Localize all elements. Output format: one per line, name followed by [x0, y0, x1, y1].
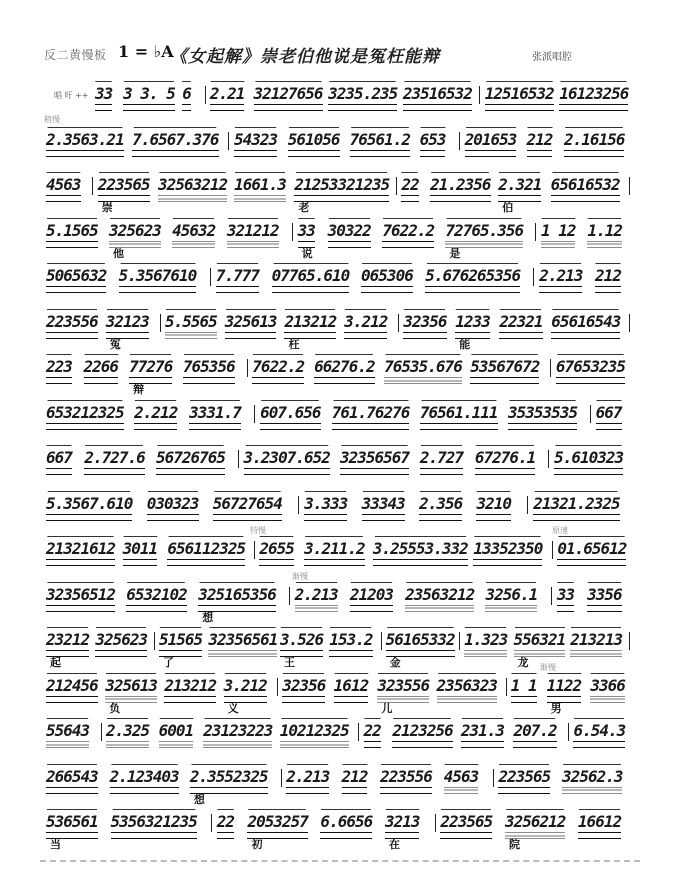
- note-group: 2.21: [210, 84, 245, 103]
- note-group: 2.727: [420, 448, 463, 467]
- score-row: 2232266772767653567622.266276.276535.676…: [0, 349, 679, 395]
- note-group: 65616532: [551, 175, 620, 194]
- beam-underline: [405, 605, 474, 612]
- beam-underline: [570, 650, 622, 657]
- beam-underline: [498, 787, 550, 794]
- bar-line: [506, 678, 507, 696]
- note-digits: 213212: [284, 312, 336, 331]
- note-group: 32563212: [158, 175, 227, 194]
- note-digits: 2.727.6: [84, 448, 144, 467]
- note-group: 4563: [444, 767, 479, 786]
- note-digits: 72765.356: [445, 221, 523, 240]
- note-digits: 2.213: [295, 585, 338, 604]
- beam-underline: [147, 514, 199, 521]
- score-row: 渐慢3235651265321023251653562.213212032356…: [0, 577, 679, 623]
- note-group: 3210: [476, 494, 511, 513]
- note-digits: 5.676265356: [425, 266, 520, 285]
- beam-underline: [46, 696, 98, 703]
- bar-line: [238, 450, 239, 468]
- beam-underline: [227, 241, 279, 248]
- beam-underline: [282, 696, 325, 703]
- banqiang-mode: 反二黄慢板: [44, 46, 107, 63]
- note-group: 607.656: [260, 403, 320, 422]
- beam-underline: [578, 832, 621, 839]
- note-digits: 325613: [105, 676, 157, 695]
- note-group: 56165332: [386, 630, 455, 649]
- beam-underline: [564, 150, 624, 157]
- beam-underline: [46, 468, 72, 475]
- note-digits: 21.2356: [430, 175, 490, 194]
- note-digits: 22: [364, 721, 381, 740]
- note-group: 32356: [403, 312, 446, 331]
- note-group: 22: [401, 175, 418, 194]
- note-digits: 2356323: [437, 676, 497, 695]
- note-digits: 213212: [164, 676, 216, 695]
- note-digits: 212: [527, 130, 553, 149]
- beam-underline: [110, 787, 179, 794]
- note-group: 66276.2: [314, 357, 374, 376]
- note-group: 5065632: [46, 266, 106, 285]
- note-group: 223565: [498, 767, 550, 786]
- beam-underline: [213, 514, 282, 521]
- beam-underline: [419, 514, 462, 521]
- note-digits: 2.321: [498, 175, 541, 194]
- note-group: 33343: [362, 494, 405, 513]
- note-digits: 561056: [288, 130, 340, 149]
- beam-underline: [111, 832, 197, 839]
- beam-underline: [286, 787, 329, 794]
- note-group: 7622.2: [382, 221, 434, 240]
- beam-underline: [340, 468, 409, 475]
- beam-underline: [84, 468, 144, 475]
- beam-underline: [420, 423, 498, 430]
- note-digits: 536561: [46, 812, 98, 831]
- note-group: 3213: [385, 812, 420, 831]
- beam-underline: [573, 741, 625, 748]
- note-group: 22: [364, 721, 381, 740]
- note-group: 325613: [105, 676, 157, 695]
- beam-underline: [244, 468, 330, 475]
- beam-underline: [203, 741, 272, 748]
- note-group: 33: [95, 84, 112, 103]
- note-group: 2053257: [247, 812, 307, 831]
- beam-underline: [156, 468, 225, 475]
- beam-underline: [527, 150, 553, 157]
- note-digits: 76561.111: [420, 403, 498, 422]
- note-group: 6001: [159, 721, 194, 740]
- beam-underline: [182, 104, 191, 111]
- beam-underline: [216, 286, 259, 293]
- beam-underline: [314, 377, 374, 384]
- note-digits: 32562.3: [562, 767, 622, 786]
- key-signature: 1 = ♭A: [118, 42, 174, 61]
- bar-line: [590, 405, 591, 423]
- note-digits: 7.777: [216, 266, 259, 285]
- note-digits: 4563: [46, 175, 81, 194]
- beam-underline: [332, 423, 410, 430]
- note-digits: 1612: [334, 676, 369, 695]
- note-digits: 45632: [172, 221, 215, 240]
- beam-underline: [475, 468, 535, 475]
- note-digits: 667: [596, 403, 622, 422]
- bar-line: [459, 632, 460, 650]
- note-group: 212456: [46, 676, 98, 695]
- note-digits: 01.65612: [557, 539, 626, 558]
- note-group: 536561: [46, 812, 98, 831]
- beam-underline: [380, 787, 432, 794]
- beam-underline: [106, 741, 149, 748]
- note-digits: 65616543: [551, 312, 620, 331]
- note-group: 2123256: [392, 721, 452, 740]
- note-group: 3.2307.652: [244, 448, 330, 467]
- note-digits: 653: [420, 130, 446, 149]
- note-digits: 3 3. 5: [123, 84, 175, 103]
- note-group: 3.211.2: [304, 539, 364, 558]
- note-group: 3256.1: [485, 585, 537, 604]
- beam-underline: [559, 104, 628, 111]
- note-group: 1.323: [464, 630, 507, 649]
- note-group: 5.3567.610: [46, 494, 132, 513]
- note-digits: 3356: [587, 585, 622, 604]
- beam-underline: [461, 741, 504, 748]
- note-group: 1 12: [541, 221, 576, 240]
- note-group: 5.1565: [46, 221, 98, 240]
- note-digits: 030323: [147, 494, 199, 513]
- bar-line: [281, 769, 282, 787]
- score-title: 《女起解》崇老伯他说是冤枉能辩: [170, 42, 440, 67]
- note-digits: 1.323: [464, 630, 507, 649]
- page-cutoff-line: [40, 860, 640, 866]
- note-digits: 656112325: [167, 539, 245, 558]
- note-group: 21.2356: [430, 175, 490, 194]
- note-group: 22321: [499, 312, 542, 331]
- note-digits: 5.1565: [46, 221, 98, 240]
- note-digits: 2.213: [539, 266, 582, 285]
- score-row: 5.3567.610030323567276543.333333432.3563…: [0, 486, 679, 532]
- bar-line: [277, 678, 278, 696]
- note-group: 761.76276: [332, 403, 410, 422]
- note-group: 5356321235: [111, 812, 197, 831]
- beam-underline: [557, 605, 574, 612]
- bar-line: [358, 723, 359, 741]
- beam-underline: [132, 150, 218, 157]
- note-group: 065306: [361, 266, 413, 285]
- note-group: 3.212: [224, 676, 267, 695]
- note-digits: 3210: [476, 494, 511, 513]
- note-digits: 3213: [385, 812, 420, 831]
- note-group: 1661.3: [234, 175, 286, 194]
- note-digits: 2.16156: [564, 130, 624, 149]
- note-digits: 321212: [227, 221, 279, 240]
- note-digits: 16612: [578, 812, 621, 831]
- note-digits: 32127656: [254, 84, 323, 103]
- note-group: 653212325: [46, 403, 124, 422]
- note-digits: 1122: [547, 676, 582, 695]
- note-digits: 3.212: [224, 676, 267, 695]
- note-digits: 223565: [440, 812, 492, 831]
- note-digits: 2.213: [286, 767, 329, 786]
- note-digits: 2.3563.21: [46, 130, 124, 149]
- note-digits: 2.123403: [110, 767, 179, 786]
- beam-underline: [158, 195, 227, 202]
- note-digits: 5.3567.610: [46, 494, 132, 513]
- note-group: 4563: [46, 175, 81, 194]
- note-group: 2.213: [286, 767, 329, 786]
- note-group: 21253321235: [294, 175, 389, 194]
- note-group: 30322: [328, 221, 371, 240]
- note-digits: 223565: [498, 767, 550, 786]
- note-digits: 76561.2: [350, 130, 410, 149]
- note-digits: 12516532: [485, 84, 554, 103]
- beam-underline: [46, 377, 72, 384]
- note-digits: 6.6656: [320, 812, 372, 831]
- note-digits: 16123256: [559, 84, 628, 103]
- bar-line: [205, 86, 206, 104]
- note-group: 32356561: [208, 630, 277, 649]
- note-digits: 2123256: [392, 721, 452, 740]
- beam-underline: [587, 241, 622, 248]
- note-group: 76561.111: [420, 403, 498, 422]
- note-group: 32356: [282, 676, 325, 695]
- note-digits: 2.356: [419, 494, 462, 513]
- bar-line: [247, 359, 248, 377]
- note-digits: 153.2: [329, 630, 372, 649]
- bar-line: [381, 632, 382, 650]
- tempo-marking: 特慢: [250, 525, 266, 536]
- score-row: 223556321235.55653256132132123.212323561…: [0, 304, 679, 350]
- bar-line: [92, 177, 93, 195]
- note-group: 2.16156: [564, 130, 624, 149]
- beam-underline: [46, 286, 106, 293]
- note-group: 656112325: [167, 539, 245, 558]
- note-group: 765356: [183, 357, 235, 376]
- note-group: 231.3: [461, 721, 504, 740]
- note-digits: 667: [46, 448, 72, 467]
- note-digits: 065306: [361, 266, 413, 285]
- note-digits: 761.76276: [332, 403, 410, 422]
- note-group: 01.65612: [557, 539, 626, 558]
- bar-line: [254, 405, 255, 423]
- tempo-marking: 渐慢: [292, 571, 308, 582]
- note-digits: 2.3552325: [190, 767, 268, 786]
- note-group: 1122: [547, 676, 582, 695]
- beam-underline: [554, 468, 623, 475]
- note-group: 21203: [350, 585, 393, 604]
- note-group: 56727654: [213, 494, 282, 513]
- note-group: 3356: [587, 585, 622, 604]
- note-digits: 77276: [129, 357, 172, 376]
- beam-underline: [551, 332, 620, 339]
- note-digits: 325165356: [198, 585, 276, 604]
- note-group: 223: [46, 357, 72, 376]
- note-group: 67276.1: [475, 448, 535, 467]
- note-group: 10212325: [280, 721, 349, 740]
- bar-line: [396, 177, 397, 195]
- score-row: 5.15653256234563232121233303227622.27276…: [0, 213, 679, 259]
- note-group: 35353535: [508, 403, 577, 422]
- score-row: 53656153563212352220532576.6656321322356…: [0, 804, 679, 850]
- note-group: 33: [557, 585, 574, 604]
- note-digits: 32563212: [158, 175, 227, 194]
- note-digits: 21321612: [46, 539, 115, 558]
- bar-line: [435, 814, 436, 832]
- score-header: 反二黄慢板 1 = ♭A 《女起解》崇老伯他说是冤枉能辩 张派唱腔: [44, 42, 664, 66]
- note-group: 32356567: [340, 448, 409, 467]
- note-group: 1612: [334, 676, 369, 695]
- note-digits: 223565: [98, 175, 150, 194]
- note-digits: 66276.2: [314, 357, 374, 376]
- note-digits: 76535.676: [384, 357, 462, 376]
- note-group: 223556: [380, 767, 432, 786]
- note-digits: 32356512: [46, 585, 115, 604]
- note-group: 2.213: [295, 585, 338, 604]
- note-digits: 3.25553.332: [373, 539, 468, 558]
- note-digits: 22321: [499, 312, 542, 331]
- note-digits: 32123: [106, 312, 149, 331]
- beam-underline: [403, 104, 472, 111]
- note-group: 3.212: [344, 312, 387, 331]
- note-digits: 6.54.3: [573, 721, 625, 740]
- beam-underline: [134, 423, 177, 430]
- score-row: 特慢原速21321612301165611232526553.211.23.25…: [0, 531, 679, 577]
- note-digits: 1 12: [541, 221, 576, 240]
- bar-line: [629, 314, 630, 332]
- beam-underline: [183, 377, 235, 384]
- beam-underline: [165, 332, 217, 339]
- note-group: 76535.676: [384, 357, 462, 376]
- beam-underline: [373, 559, 468, 566]
- note-digits: 32356: [282, 676, 325, 695]
- note-group: 325613: [225, 312, 277, 331]
- note-group: 77276: [129, 357, 172, 376]
- note-group: 321212: [227, 221, 279, 240]
- beam-underline: [123, 104, 175, 111]
- beam-underline: [499, 332, 542, 339]
- beam-underline: [440, 832, 492, 839]
- beam-underline: [95, 104, 112, 111]
- bar-line: [459, 132, 460, 150]
- bar-line: [160, 314, 161, 332]
- note-digits: 21253321235: [294, 175, 389, 194]
- note-digits: 2.212: [134, 403, 177, 422]
- note-digits: 212456: [46, 676, 98, 695]
- beam-underline: [437, 696, 497, 703]
- beam-underline: [164, 696, 216, 703]
- note-group: 3.25553.332: [373, 539, 468, 558]
- note-digits: 33: [298, 221, 315, 240]
- note-group: 07765.610: [272, 266, 350, 285]
- note-digits: 5.5565: [165, 312, 217, 331]
- tempo-marking: 渐慢: [540, 662, 556, 673]
- bar-line: [568, 723, 569, 741]
- note-group: 7622.2: [252, 357, 304, 376]
- beam-underline: [172, 241, 215, 248]
- note-digits: 3.211.2: [304, 539, 364, 558]
- note-group: 21321612: [46, 539, 115, 558]
- bar-line: [551, 587, 552, 605]
- note-group: 23563212: [405, 585, 474, 604]
- lyric-character: 院: [509, 836, 520, 852]
- note-digits: 325613: [225, 312, 277, 331]
- beam-underline: [328, 104, 397, 111]
- note-digits: 33: [95, 84, 112, 103]
- beam-underline: [590, 696, 625, 703]
- note-digits: 65616532: [551, 175, 620, 194]
- beam-underline: [46, 741, 89, 748]
- note-group: 56726765: [156, 448, 225, 467]
- beam-underline: [430, 195, 490, 202]
- beam-underline: [470, 377, 539, 384]
- note-digits: 6: [182, 84, 191, 103]
- beam-underline: [342, 787, 368, 794]
- note-group: 32123: [106, 312, 149, 331]
- note-group: 5.610323: [554, 448, 623, 467]
- beam-underline: [334, 696, 369, 703]
- beam-underline: [159, 741, 194, 748]
- note-digits: 266543: [46, 767, 98, 786]
- beam-underline: [420, 150, 446, 157]
- note-group: 213213: [570, 630, 622, 649]
- note-digits: 21321.2325: [533, 494, 619, 513]
- note-digits: 3.333: [304, 494, 347, 513]
- note-group: 212: [527, 130, 553, 149]
- note-digits: 22: [401, 175, 418, 194]
- note-group: 653: [420, 130, 446, 149]
- beam-underline: [217, 832, 234, 839]
- beam-underline: [320, 832, 372, 839]
- note-digits: 2053257: [247, 812, 307, 831]
- beam-underline: [420, 468, 463, 475]
- note-digits: 7622.2: [252, 357, 304, 376]
- note-group: 54323: [234, 130, 277, 149]
- intro-marking: 唱 吁 ++: [54, 90, 89, 101]
- note-digits: 53567672: [470, 357, 539, 376]
- beam-underline: [485, 605, 537, 612]
- beam-underline: [403, 332, 446, 339]
- note-digits: 7.6567.376: [132, 130, 218, 149]
- note-group: 1 1: [511, 676, 537, 695]
- beam-underline: [119, 286, 197, 293]
- beam-underline: [392, 741, 452, 748]
- note-digits: 325623: [95, 630, 147, 649]
- beam-underline: [513, 741, 556, 748]
- note-group: 2.3552325: [190, 767, 268, 786]
- note-group: 2.212: [134, 403, 177, 422]
- note-group: 325165356: [198, 585, 276, 604]
- lyric-character: 当: [50, 836, 61, 852]
- beam-underline: [208, 650, 277, 657]
- note-digits: 2.21: [210, 84, 245, 103]
- note-group: 213212: [164, 676, 216, 695]
- beam-underline: [425, 286, 520, 293]
- beam-underline: [304, 559, 364, 566]
- note-digits: 22: [217, 812, 234, 831]
- note-digits: 51565: [159, 630, 202, 649]
- note-group: 223556: [46, 312, 98, 331]
- beam-underline: [260, 423, 320, 430]
- note-group: 2.123403: [110, 767, 179, 786]
- note-group: 3011: [123, 539, 158, 558]
- note-group: 2.3563.21: [46, 130, 124, 149]
- note-group: 3366: [590, 676, 625, 695]
- beam-underline: [234, 195, 286, 202]
- beam-underline: [595, 286, 621, 293]
- beam-underline: [295, 605, 338, 612]
- beam-underline: [511, 696, 537, 703]
- beam-underline: [533, 514, 619, 521]
- beam-underline: [46, 241, 98, 248]
- beam-underline: [551, 195, 620, 202]
